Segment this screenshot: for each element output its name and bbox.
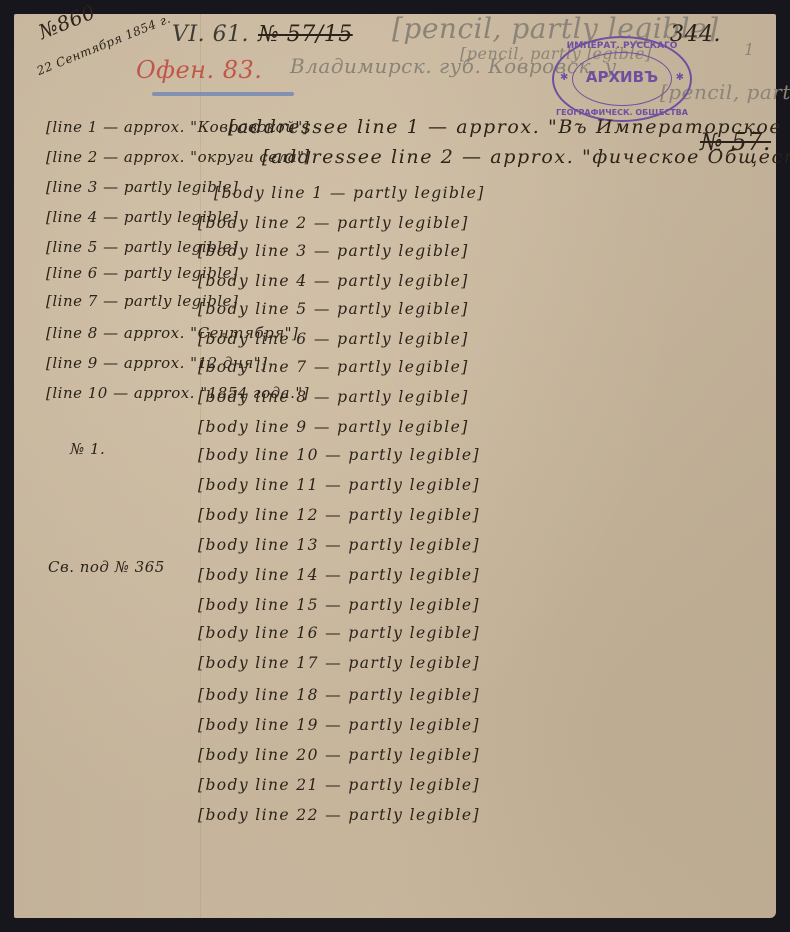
body-line: [body line 21 — partly legible] xyxy=(198,776,480,794)
body-line: [body line 16 — partly legible] xyxy=(198,624,480,642)
body-line: [body line 12 — partly legible] xyxy=(198,506,480,524)
body-line: [body line 19 — partly legible] xyxy=(198,716,480,734)
addressee-line: [addressee line 2 — approx. "фическое Об… xyxy=(262,146,790,168)
red-reference: Офен. 83. xyxy=(136,56,262,84)
folio-mark: 1 xyxy=(744,40,755,59)
body-line: [body line 17 — partly legible] xyxy=(198,654,480,672)
body-line: [body line 14 — partly legible] xyxy=(198,566,480,584)
body-line: [body line 1 — partly legible] xyxy=(214,184,485,202)
body-line: [body line 13 — partly legible] xyxy=(198,536,480,554)
struck-number: № 57/15 xyxy=(258,22,353,47)
margin-registry-note: Св. под № 365 xyxy=(48,558,165,576)
body-line: [body line 4 — partly legible] xyxy=(198,272,469,290)
stamp-center-text: АРХИВЪ xyxy=(554,68,690,86)
body-line: [body line 6 — partly legible] xyxy=(198,330,469,348)
addressee-line: [addressee line 1 — approx. "Въ Императо… xyxy=(228,116,790,138)
shelf-mark: VI. 61. xyxy=(172,22,249,47)
body-line: [body line 18 — partly legible] xyxy=(198,686,480,704)
margin-number: № 1. xyxy=(70,440,105,458)
body-line: [body line 8 — partly legible] xyxy=(198,388,469,406)
archive-stamp: ИМПЕРАТ. РУССКАГО ✱ АРХИВЪ ✱ ГЕОГРАФИЧЕС… xyxy=(552,36,692,122)
body-line: [body line 20 — partly legible] xyxy=(198,746,480,764)
body-line: [body line 10 — partly legible] xyxy=(198,446,480,464)
body-line: [body line 9 — partly legible] xyxy=(198,418,469,436)
blue-underline xyxy=(152,92,294,96)
body-line: [body line 5 — partly legible] xyxy=(198,300,469,318)
stamp-star-icon: ✱ xyxy=(676,72,684,83)
body-line: [body line 2 — partly legible] xyxy=(198,214,469,232)
body-line: [body line 7 — partly legible] xyxy=(198,358,469,376)
body-line: [body line 3 — partly legible] xyxy=(198,242,469,260)
margin-line: [line 3 — partly legible] xyxy=(46,178,238,196)
body-line: [body line 11 — partly legible] xyxy=(198,476,480,494)
body-line: [body line 15 — partly legible] xyxy=(198,596,480,614)
body-line: [body line 22 — partly legible] xyxy=(198,806,480,824)
stamp-top-text: ИМПЕРАТ. РУССКАГО xyxy=(554,41,690,51)
